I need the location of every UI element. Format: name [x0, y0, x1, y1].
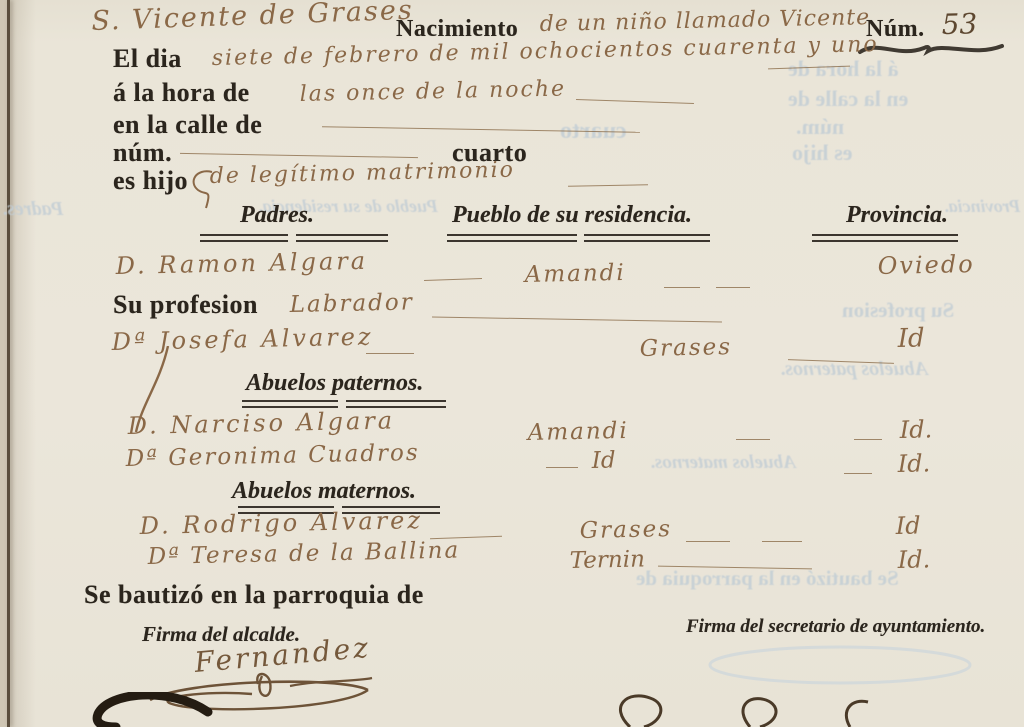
bleedthrough-province: Provincia. [944, 196, 1021, 217]
paternal-grandparents-heading: Abuelos paternos. [246, 370, 423, 397]
column-rule [812, 234, 958, 242]
field-label-street: en la calle de [113, 110, 262, 140]
bleedthrough-baptism: Se bautizó en la parroquia de [636, 566, 899, 591]
maternal-grandfather-province: Id [895, 511, 920, 540]
field-value-son: de legítimo matrimonio [209, 158, 515, 189]
paternal-grandmother-name: Dª Geronima Cuadros [125, 440, 419, 472]
paternal-grandfather-name: D. Narciso Algara [127, 406, 395, 440]
birth-record-page: á la hora de en la calle de núm. es hijo… [0, 0, 1024, 727]
bleedthrough-maternal: Abuelos maternos. [650, 452, 796, 474]
maternal-grandparents-heading: Abuelos maternos. [232, 478, 416, 505]
column-header-parents: Padres. [240, 202, 314, 229]
paternal-grandmother-residence: Id [591, 448, 615, 474]
pen-curl-mark [182, 168, 222, 212]
mother-province: Id [897, 323, 925, 354]
cutoff-signature-stroke-center [598, 688, 898, 727]
profession-label: Su profesion [113, 290, 258, 320]
column-rule [584, 234, 710, 242]
field-label-day: El dia [113, 44, 182, 74]
ink-line [568, 183, 648, 186]
ink-line [432, 315, 722, 322]
maternal-grandmother-province: Id. [897, 545, 930, 574]
column-header-province: Provincia. [846, 202, 948, 229]
maternal-grandfather-residence: Grases [579, 516, 672, 544]
form-title: Nacimiento [396, 16, 518, 43]
number-flourish [856, 38, 1008, 62]
bleedthrough-son: es hijo [792, 140, 853, 166]
ink-line [844, 472, 872, 474]
paternal-grandmother-province: Id. [897, 449, 930, 478]
child-name-handwritten: de un niño llamado Vicente [539, 5, 870, 37]
ink-line [366, 352, 414, 354]
father-residence: Amandi [524, 260, 626, 288]
field-label-hour: á la hora de [113, 78, 250, 108]
father-name: D. Ramon Algara [115, 247, 368, 280]
ink-line [576, 98, 694, 104]
record-number-value: 53 [941, 7, 977, 41]
bleedthrough-number: núm. [796, 114, 844, 140]
ink-line [686, 540, 730, 542]
ink-line [546, 466, 578, 468]
maternal-grandfather-name: D. Rodrigo Alvarez [139, 506, 423, 540]
ink-line [180, 152, 418, 158]
maternal-grandmother-residence: Ternin [569, 546, 645, 574]
field-label-son: es hijo [113, 166, 188, 196]
bleedthrough-flourish [700, 640, 980, 690]
father-province: Oviedo [877, 250, 975, 280]
ink-line [424, 277, 482, 281]
paternal-grandfather-residence: Amandi [527, 418, 629, 446]
bleedthrough-street: en la calle de [788, 86, 908, 112]
page-edge-margin [0, 0, 7, 727]
parish-name-handwritten: S. Vicente de Grases [91, 0, 414, 37]
ink-line [664, 286, 700, 288]
baptism-parish-label: Se bautizó en la parroquia de [84, 580, 424, 610]
bleedthrough-profession: Su profesion [842, 298, 954, 323]
field-label-number: núm. [113, 138, 172, 168]
ink-line [762, 540, 802, 542]
maternal-grandmother-name: Dª Teresa de la Ballina [147, 537, 460, 570]
ink-line [716, 286, 750, 288]
column-rule [296, 234, 388, 242]
paternal-grandfather-province: Id. [899, 415, 932, 444]
mother-residence: Grases [639, 334, 732, 362]
column-rule [200, 234, 288, 242]
bleedthrough-parents: Padres. [2, 198, 64, 221]
column-rule [447, 234, 577, 242]
secretary-signature-label: Firma del secretario de ayuntamiento. [686, 616, 985, 638]
page-edge-shadow [10, 0, 36, 727]
column-header-residence: Pueblo de su residencia. [452, 202, 692, 229]
profession-value: Labrador [289, 289, 414, 318]
cutoff-signature-stroke-left [86, 692, 218, 727]
field-value-hour: las once de la noche [299, 76, 566, 107]
ink-line [736, 438, 770, 440]
column-rule [242, 400, 338, 408]
ink-line [854, 438, 882, 440]
field-value-day: siete de febrero de mil ochocientos cuar… [211, 32, 878, 71]
